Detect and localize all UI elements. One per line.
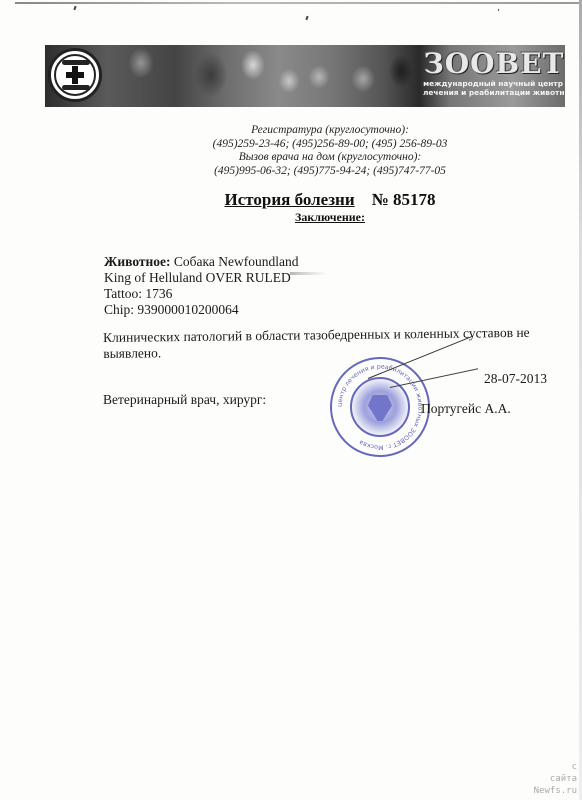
conclusion-text: Клинических патологий в области тазобедр… — [103, 324, 558, 362]
animal-info: Животное: Собака Newfoundland King of He… — [104, 254, 299, 318]
hand-top-icon — [62, 60, 90, 65]
animal-name: King of Helluland OVER RULED — [104, 270, 299, 286]
animal-label: Животное: — [104, 254, 171, 269]
doctor-name: Португейс А.А. — [421, 401, 511, 417]
document-title: История болезни № 85178 — [200, 190, 460, 210]
animal-chip: Chip: 939000010200064 — [104, 302, 299, 318]
signoff-role: Ветеринарный врач, хирург: — [103, 392, 266, 408]
registry-phones: (495)259-23-46; (495)256-89-00; (495) 25… — [200, 138, 460, 152]
scan-speck — [73, 6, 76, 10]
clinic-tagline-1: международный научный центр — [423, 79, 565, 88]
clinic-tagline-2: лечения и реабилитации животных — [423, 88, 565, 97]
site-watermark: с сайта Newfs.ru — [534, 761, 577, 797]
registry-label: Регистратура (круглосуточно): — [200, 124, 460, 138]
home-visit-phones: (495)995-06-32; (495)775-94-24; (495)747… — [200, 165, 460, 179]
medical-cross-icon — [66, 66, 84, 84]
title-text: История болезни — [225, 190, 355, 209]
scan-top-edge — [15, 2, 582, 4]
watermark-line-1: с — [534, 761, 577, 773]
clinic-brand: ЗООВЕТ международный научный центр лечен… — [423, 49, 565, 107]
clinic-name: ЗООВЕТ — [423, 49, 565, 79]
animal-species-breed: Собака Newfoundland — [171, 254, 299, 269]
title-spacer — [359, 190, 368, 209]
document-subtitle: Заключение: — [200, 210, 460, 225]
watermark-line-2: сайта — [534, 773, 577, 785]
scan-speck — [305, 16, 308, 20]
animal-tattoo: Tattoo: 1736 — [104, 286, 299, 302]
watermark-line-3: Newfs.ru — [534, 785, 577, 797]
signoff-date: 28-07-2013 — [484, 371, 547, 387]
animal-photo-collage — [101, 45, 421, 107]
case-number: № 85178 — [372, 190, 436, 209]
letterhead-banner: ЗООВЕТ международный научный центр лечен… — [45, 45, 565, 107]
scan-smudge — [290, 272, 328, 275]
document-heading: История болезни № 85178 Заключение: — [200, 190, 460, 225]
clinic-logo-icon — [48, 48, 102, 102]
contact-block: Регистратура (круглосуточно): (495)259-2… — [200, 124, 460, 178]
animal-species-line: Животное: Собака Newfoundland — [104, 254, 299, 270]
hand-bottom-icon — [62, 85, 90, 90]
home-visit-label: Вызов врача на дом (круглосуточно): — [200, 151, 460, 165]
logo-ring — [54, 54, 96, 96]
scan-speck — [498, 9, 500, 11]
